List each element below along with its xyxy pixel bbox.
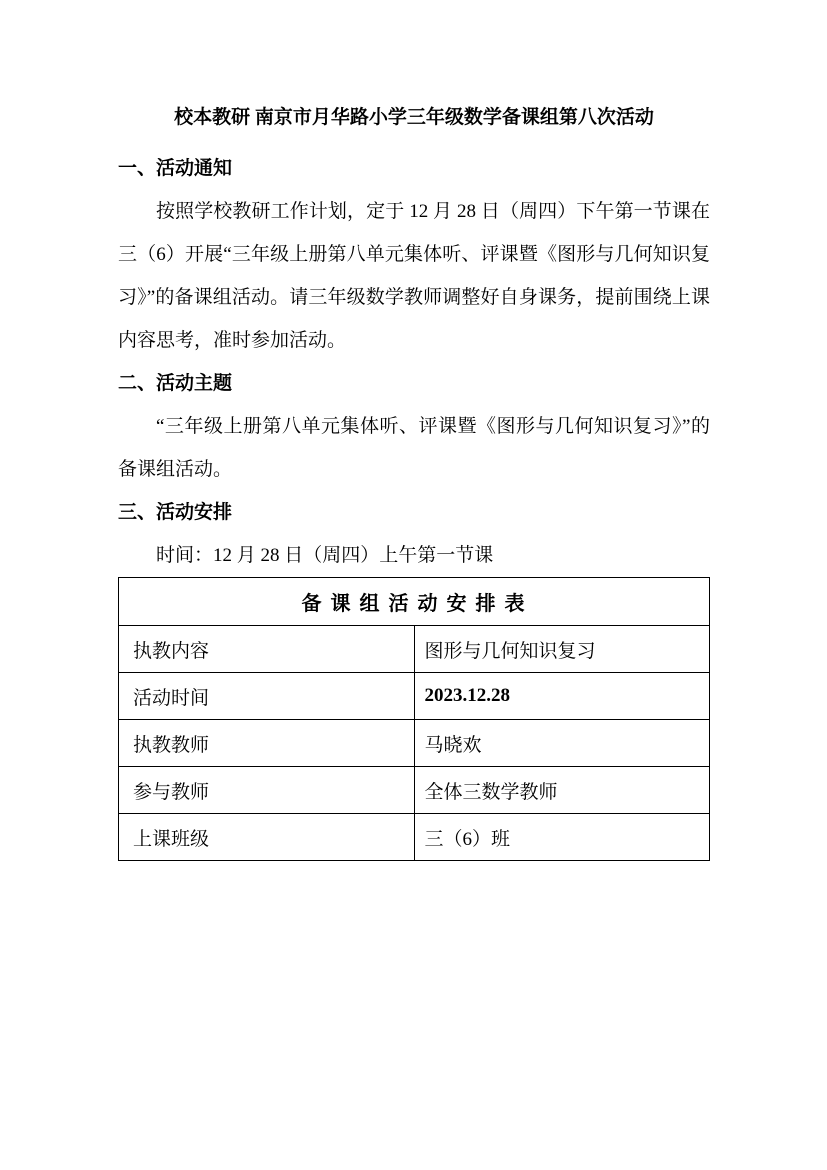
document-page: 校本教研 南京市月华路小学三年级数学备课组第八次活动 一、活动通知 按照学校教研… [0, 0, 827, 1170]
row-value-teaching-teacher: 马晓欢 [414, 720, 710, 767]
row-label-teaching-teacher: 执教教师 [119, 720, 415, 767]
table-row: 参与教师 全体三数学教师 [119, 767, 710, 814]
section-paragraph-3: 时间：12 月 28 日（周四）上午第一节课 [118, 534, 710, 577]
document-title: 校本教研 南京市月华路小学三年级数学备课组第八次活动 [118, 96, 710, 139]
table-row: 上课班级 三（6）班 [119, 814, 710, 861]
row-label-participating-teachers: 参与教师 [119, 767, 415, 814]
section-paragraph-2: “三年级上册第八单元集体听、评课暨《图形与几何知识复习》”的备课组活动。 [118, 405, 710, 491]
table-title: 备 课 组 活 动 安 排 表 [119, 578, 710, 626]
row-value-class: 三（6）班 [414, 814, 710, 861]
schedule-table: 备 课 组 活 动 安 排 表 执教内容 图形与几何知识复习 活动时间 2023… [118, 577, 710, 861]
table-row: 执教教师 马晓欢 [119, 720, 710, 767]
section-paragraph-1: 按照学校教研工作计划，定于 12 月 28 日（周四）下午第一节课在三（6）开展… [118, 190, 710, 362]
row-label-activity-time: 活动时间 [119, 673, 415, 720]
row-value-participating-teachers: 全体三数学教师 [414, 767, 710, 814]
row-value-activity-time: 2023.12.28 [414, 673, 710, 720]
row-value-teaching-content: 图形与几何知识复习 [414, 626, 710, 673]
table-row: 执教内容 图形与几何知识复习 [119, 626, 710, 673]
row-label-class: 上课班级 [119, 814, 415, 861]
row-label-teaching-content: 执教内容 [119, 626, 415, 673]
section-heading-1: 一、活动通知 [118, 147, 710, 190]
table-row: 活动时间 2023.12.28 [119, 673, 710, 720]
section-heading-3: 三、活动安排 [118, 491, 710, 534]
section-heading-2: 二、活动主题 [118, 362, 710, 405]
table-title-row: 备 课 组 活 动 安 排 表 [119, 578, 710, 626]
